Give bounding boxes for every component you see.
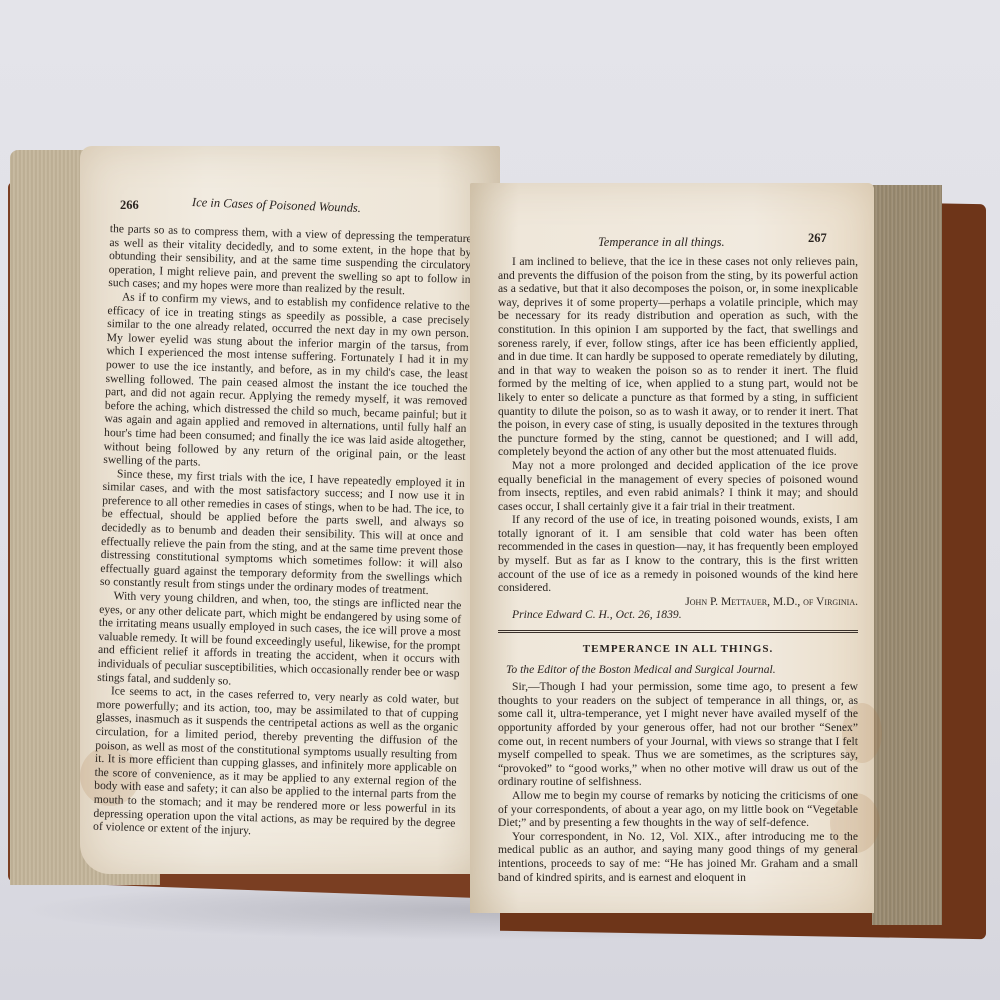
paragraph: With very young children, and when, too,… bbox=[97, 589, 462, 694]
page-number: 267 bbox=[808, 231, 827, 246]
page-number: 266 bbox=[120, 198, 139, 213]
paragraph: Allow me to begin my course of remarks b… bbox=[498, 789, 858, 830]
section-divider bbox=[498, 630, 858, 633]
paragraph: I am inclined to believe, that the ice i… bbox=[498, 255, 858, 459]
paragraph: Since these, my first trials with the ic… bbox=[100, 467, 465, 599]
left-page-body: the parts so as to compress them, with a… bbox=[93, 222, 472, 844]
paragraph: If any record of the use of ice, in trea… bbox=[498, 513, 858, 595]
paragraph: As if to confirm my views, and to establ… bbox=[103, 290, 470, 477]
section-title: TEMPERANCE IN ALL THINGS. bbox=[498, 643, 858, 657]
paragraph: Sir,—Though I had your permission, some … bbox=[498, 680, 858, 789]
left-page: 266 Ice in Cases of Poisoned Wounds. the… bbox=[80, 146, 500, 874]
dateline: Prince Edward C. H., Oct. 26, 1839. bbox=[498, 608, 858, 622]
page-edges-right bbox=[872, 185, 942, 925]
paragraph: Ice seems to act, in the cases referred … bbox=[93, 684, 459, 844]
running-head: Temperance in all things. bbox=[598, 235, 725, 250]
paragraph: the parts so as to compress them, with a… bbox=[108, 222, 472, 300]
right-page: Temperance in all things. 267 I am incli… bbox=[470, 183, 874, 913]
paragraph: May not a more prolonged and decided app… bbox=[498, 459, 858, 513]
right-page-body: I am inclined to believe, that the ice i… bbox=[498, 255, 858, 884]
paragraph: Your correspondent, in No. 12, Vol. XIX.… bbox=[498, 830, 858, 884]
running-head: Ice in Cases of Poisoned Wounds. bbox=[192, 195, 361, 216]
salutation: To the Editor of the Boston Medical and … bbox=[498, 663, 858, 677]
author-signature: John P. Mettauer, M.D., of Virginia. bbox=[498, 595, 858, 609]
